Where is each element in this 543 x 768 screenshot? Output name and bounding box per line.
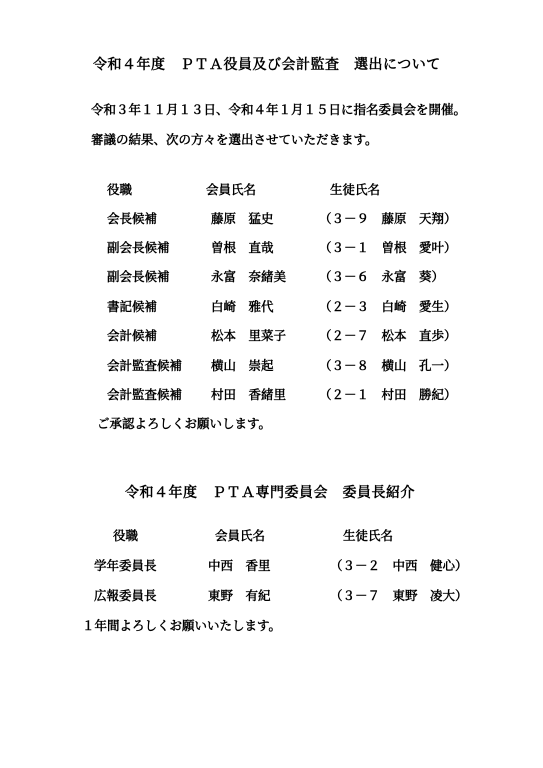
section1-closing: ご承認よろしくお願いします。 bbox=[97, 414, 271, 432]
row-role: 副会長候補 bbox=[107, 267, 170, 285]
row-student: （３－６ 永富 葵） bbox=[319, 267, 444, 285]
row-member: 東野 有紀 bbox=[208, 586, 271, 604]
row-role: 書記候補 bbox=[107, 297, 157, 315]
row-member: 永富 奈緒美 bbox=[211, 267, 286, 285]
row-student: （２－１ 村田 勝紀） bbox=[319, 385, 457, 403]
header-member: 会員氏名 bbox=[215, 526, 265, 544]
row-member: 白崎 雅代 bbox=[211, 297, 274, 315]
row-student: （３－２ 中西 健心） bbox=[330, 556, 468, 574]
section2-closing: １年間よろしくお願いいたします。 bbox=[82, 616, 281, 634]
row-student: （２－３ 白崎 愛生） bbox=[319, 297, 457, 315]
header-role: 役職 bbox=[113, 526, 138, 544]
row-member: 曽根 直哉 bbox=[211, 238, 274, 256]
row-member: 横山 崇起 bbox=[211, 356, 274, 374]
header-student: 生徒氏名 bbox=[330, 180, 380, 198]
row-role: 学年委員長 bbox=[94, 556, 157, 574]
intro-line-1: 令和３年１１月１３日、令和４年１月１５日に指名委員会を開催。 bbox=[91, 100, 466, 118]
row-role: 会計候補 bbox=[107, 326, 157, 344]
header-member: 会員氏名 bbox=[206, 180, 256, 198]
row-member: 中西 香里 bbox=[208, 556, 271, 574]
row-role: 会計監査候補 bbox=[107, 356, 182, 374]
intro-line-2: 審議の結果、次の方々を選出させていただきます。 bbox=[91, 130, 378, 148]
row-student: （３－９ 藤原 天翔） bbox=[319, 209, 457, 227]
row-role: 副会長候補 bbox=[107, 238, 170, 256]
row-student: （３－１ 曽根 愛叶） bbox=[319, 238, 457, 256]
row-member: 藤原 猛史 bbox=[211, 209, 274, 227]
row-student: （３－７ 東野 凌大） bbox=[330, 586, 468, 604]
row-member: 村田 香緒里 bbox=[211, 385, 286, 403]
row-member: 松本 里菜子 bbox=[211, 326, 286, 344]
header-student: 生徒氏名 bbox=[343, 526, 393, 544]
row-role: 広報委員長 bbox=[94, 586, 157, 604]
row-student: （３－８ 横山 孔一） bbox=[319, 356, 457, 374]
section1-title: 令和４年度 ＰＴＡ役員及び会計監査 選出について bbox=[93, 54, 441, 74]
section2-title: 令和４年度 ＰＴＡ専門委員会 委員長紹介 bbox=[125, 482, 415, 502]
row-role: 会長候補 bbox=[107, 209, 157, 227]
row-role: 会計監査候補 bbox=[107, 385, 182, 403]
row-student: （２－７ 松本 直歩） bbox=[319, 326, 457, 344]
header-role: 役職 bbox=[107, 180, 132, 198]
